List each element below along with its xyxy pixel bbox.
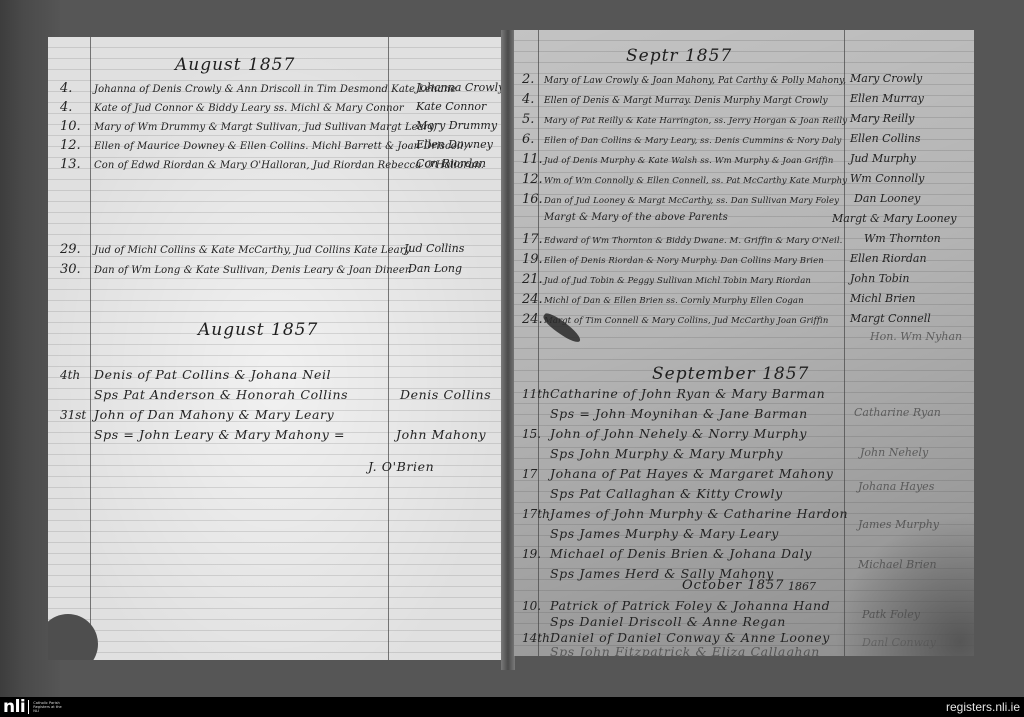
entry-sponsor: Kate Connor	[416, 100, 486, 113]
nli-logo-mark: nli	[3, 699, 25, 715]
entry-sponsor: Dan Looney	[854, 192, 920, 205]
entry-sponsor: Mary Drummy	[416, 119, 497, 132]
priest-signature: J. O'Brien	[368, 459, 434, 474]
register-entry: 21.Jud of Jud Tobin & Peggy Sullivan Mic…	[522, 272, 811, 287]
register-entry: 10.Patrick of Patrick Foley & Johanna Ha…	[522, 598, 830, 613]
register-entry: Sps Pat Callaghan & Kitty Crowly	[522, 486, 783, 501]
entry-sponsor: Wm Thornton	[864, 232, 941, 245]
register-entry: 11thCatharine of John Ryan & Mary Barman	[522, 386, 825, 401]
entry-sponsor: Catharine Ryan	[854, 406, 941, 419]
register-entry: Sps John Murphy & Mary Murphy	[522, 446, 783, 461]
entry-sponsor: Ellen Riordan	[850, 252, 927, 265]
register-entry: 12.Ellen of Maurice Downey & Ellen Colli…	[60, 138, 467, 153]
registers-site-link[interactable]: registers.nli.ie	[946, 700, 1020, 714]
register-entry: 31stJohn of Dan Mahony & Mary Leary	[60, 407, 334, 422]
entry-sponsor: Ellen Downey	[416, 138, 493, 151]
register-entry: 14thDaniel of Daniel Conway & Anne Loone…	[522, 630, 830, 645]
entry-sponsor: Ellen Collins	[850, 132, 920, 145]
entry-sponsor: Wm Connolly	[850, 172, 924, 185]
entry-sponsor: Jud Collins	[404, 242, 464, 255]
image-viewer: August 1857 4.Johanna of Denis Crowly & …	[0, 0, 1024, 697]
entry-sponsor: John Mahony	[396, 427, 486, 442]
entry-sponsor: James Murphy	[858, 518, 939, 531]
month-heading: August 1857	[198, 320, 318, 340]
logo-divider	[28, 700, 29, 714]
entry-sponsor: Ellen Murray	[850, 92, 924, 105]
register-entry: Sps = John Leary & Mary Mahony =	[60, 427, 345, 442]
entry-sponsor: Patk Foley	[862, 608, 920, 621]
register-entry: 2.Mary of Law Crowly & Joan Mahony, Pat …	[522, 72, 846, 87]
register-entry: 24.Michl of Dan & Ellen Brien ss. Cornly…	[522, 292, 804, 307]
entry-sponsor: Mary Crowly	[850, 72, 922, 85]
register-entry: 5.Mary of Pat Reilly & Kate Harrington, …	[522, 112, 847, 127]
register-entry: Margt & Mary of the above Parents	[522, 212, 728, 223]
register-entry: Sps Daniel Driscoll & Anne Regan	[522, 614, 786, 629]
register-page-right: Septr 1857 2.Mary of Law Crowly & Joan M…	[514, 30, 974, 656]
register-entry: Sps = John Moynihan & Jane Barman	[522, 406, 808, 421]
register-entry: 30.Dan of Wm Long & Kate Sullivan, Denis…	[60, 262, 411, 277]
entry-sponsor: John Nehely	[860, 446, 928, 459]
entry-sponsor: Margt & Mary Looney	[832, 212, 956, 225]
register-entry: 29.Jud of Michl Collins & Kate McCarthy,…	[60, 242, 410, 257]
month-heading: Septr 1857	[626, 46, 732, 66]
entry-sponsor: Michl Brien	[850, 292, 916, 305]
logo-text: Catholic Parish Registers at the NLI	[33, 701, 63, 713]
register-entry: Sps Pat Anderson & Honorah Collins	[60, 387, 348, 402]
register-entry: 17.Edward of Wm Thornton & Biddy Dwane. …	[522, 232, 842, 247]
entry-sponsor: Con Riordan	[416, 157, 486, 170]
register-entry: 4.Kate of Jud Connor & Biddy Leary ss. M…	[60, 100, 404, 115]
register-entry: 4.Ellen of Denis & Margt Murray. Denis M…	[522, 92, 828, 107]
nli-logo[interactable]: nli Catholic Parish Registers at the NLI	[3, 699, 63, 715]
entry-sponsor: Denis Collins	[400, 387, 491, 402]
register-entry: 10.Mary of Wm Drummy & Margt Sullivan, J…	[60, 119, 436, 134]
register-entry: 12.Wm of Wm Connolly & Ellen Connell, ss…	[522, 172, 847, 187]
register-entry: 11.Jud of Denis Murphy & Kate Walsh ss. …	[522, 152, 833, 167]
register-entry: Sps James Murphy & Mary Leary	[522, 526, 779, 541]
entry-sponsor: Jud Murphy	[850, 152, 916, 165]
register-entry: 16.Dan of Jud Looney & Margt McCarthy, s…	[522, 192, 839, 207]
entry-sponsor: Danl Conway	[862, 636, 936, 649]
register-entry: 17Johana of Pat Hayes & Margaret Mahony	[522, 466, 833, 481]
entry-sponsor: Margt Connell	[850, 312, 931, 325]
register-entry: 6.Ellen of Dan Collins & Mary Leary, ss.…	[522, 132, 841, 147]
october-note: 1867	[788, 580, 816, 593]
entry-sponsor: Johanna Crowly	[416, 81, 502, 94]
entry-sponsor: Johana Hayes	[858, 480, 934, 493]
register-page-left: August 1857 4.Johanna of Denis Crowly & …	[48, 37, 502, 660]
month-heading: September 1857	[652, 364, 809, 384]
register-entry: 4.Johanna of Denis Crowly & Ann Driscoll…	[60, 81, 456, 96]
register-entry: 19.Michael of Denis Brien & Johana Daly	[522, 546, 812, 561]
entry-sponsor: Dan Long	[408, 262, 462, 275]
month-heading: August 1857	[175, 55, 295, 75]
month-heading: October 1857	[682, 578, 784, 593]
entry-sponsor: Hon. Wm Nyhan	[870, 330, 962, 343]
entry-sponsor: Michael Brien	[858, 558, 937, 571]
register-entry: 19.Ellen of Denis Riordan & Nory Murphy.…	[522, 252, 824, 267]
book-gutter	[501, 30, 515, 670]
entry-sponsor: John Tobin	[850, 272, 909, 285]
register-entry: 4thDenis of Pat Collins & Johana Neil	[60, 367, 331, 382]
entry-sponsor: Mary Reilly	[850, 112, 914, 125]
register-entry: 17thJames of John Murphy & Catharine Har…	[522, 506, 848, 521]
register-entry: Sps John Fitzpatrick & Eliza Callaghan	[522, 644, 820, 656]
register-entry: 15.John of John Nehely & Norry Murphy	[522, 426, 807, 441]
footer-bar: nli Catholic Parish Registers at the NLI…	[0, 697, 1024, 717]
